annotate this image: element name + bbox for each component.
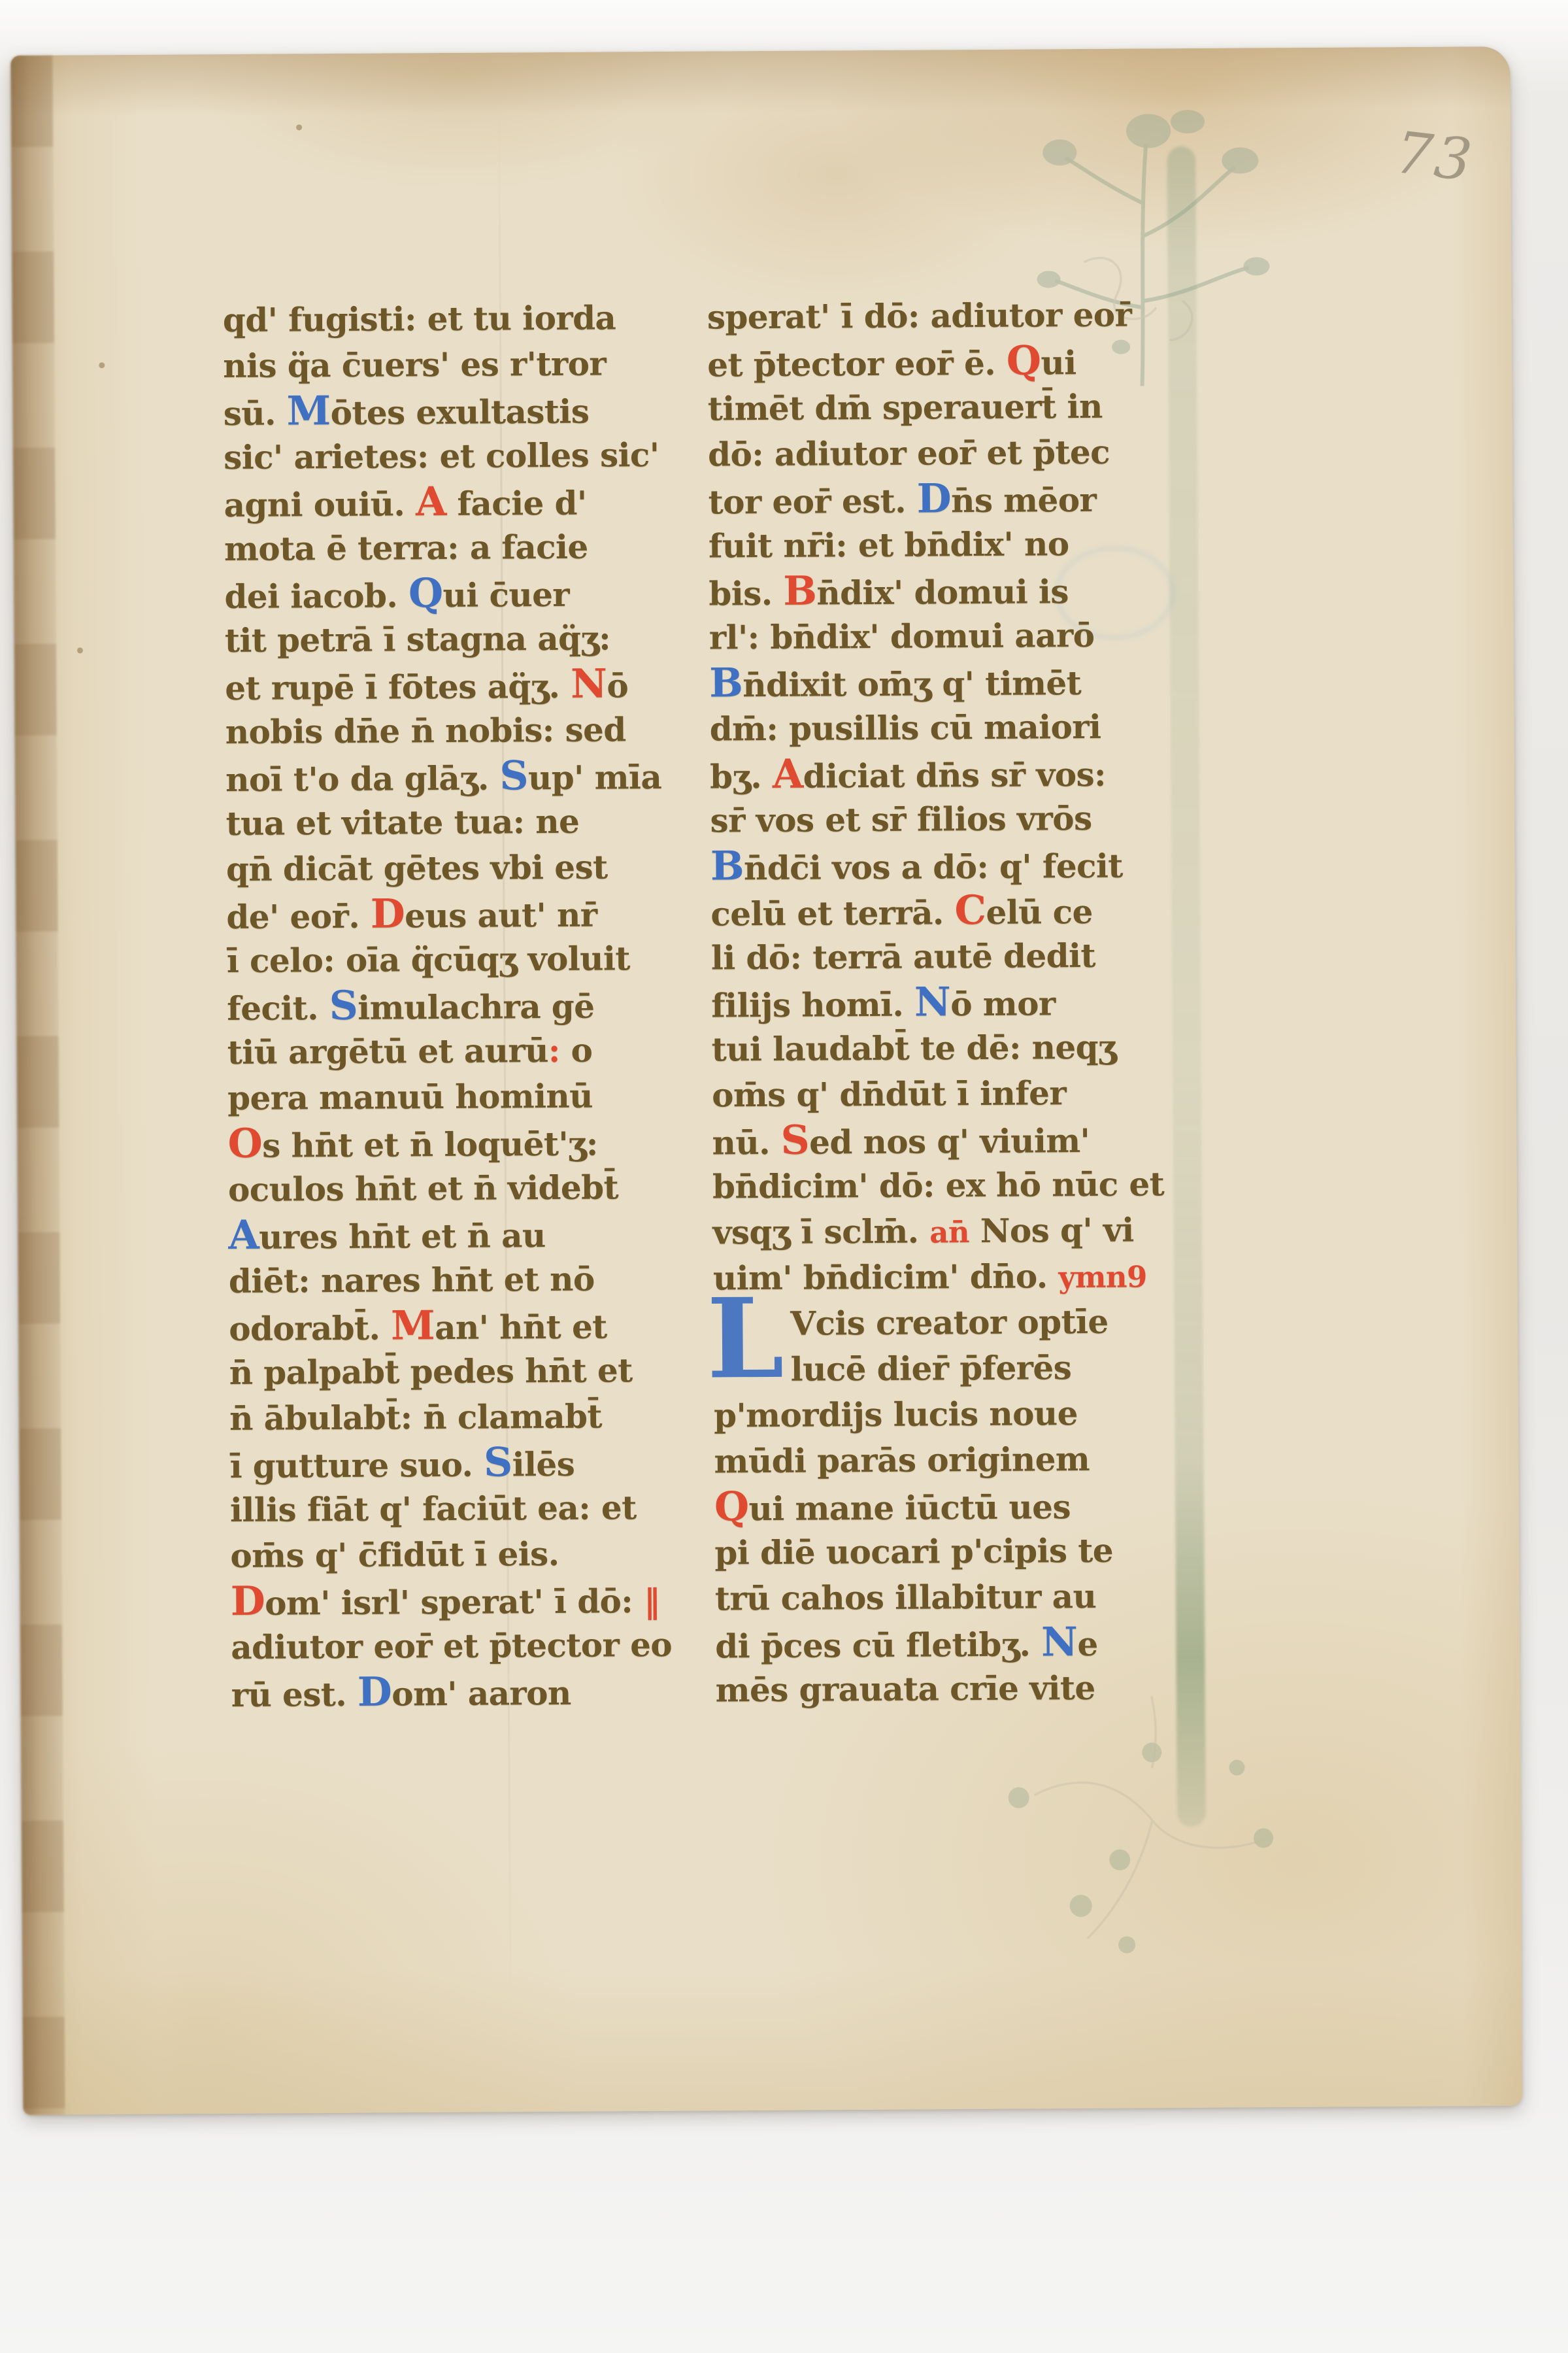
- text-line: om̄s q' c̄fidūt ī eis.: [230, 1531, 694, 1579]
- decorated-initial: A: [416, 479, 446, 525]
- text-segment: bis.: [709, 574, 783, 613]
- text-segment: ī celo: oīa q̈cūqʒ voluit: [227, 939, 630, 980]
- text-line: noī t'o da glāʒ. Sup' mīa: [225, 753, 690, 801]
- text-line: agni ouiū. A facie d': [224, 478, 688, 526]
- text-column-right: L sperat' ī dō: adiutor eor̄et p̄tector …: [707, 292, 1199, 1713]
- text-segment: eus aut' nr̄: [405, 896, 597, 936]
- text-segment: nobis dn̄e n̄ nobis: sed: [225, 710, 626, 751]
- text-segment: diciat dn̄s sr̄ vos:: [803, 755, 1106, 796]
- text-segment: n̄s mēor: [951, 481, 1096, 520]
- text-segment: fuit nr̄i: et bn̄dix' no: [709, 524, 1069, 565]
- text-line: pera manuū hominū: [227, 1073, 692, 1121]
- text-segment: mūdi parās originem: [714, 1440, 1090, 1481]
- text-line: mēs grauata crīe vite: [715, 1665, 1199, 1714]
- text-line: dm̄: pusillis cū maiori: [710, 703, 1193, 753]
- text-line: timēt dm̄ sperauert̄ in: [708, 383, 1192, 432]
- text-line: filijs homī. Nō mor: [711, 978, 1195, 1027]
- text-segment: vsqʒ ī sclm̄.: [712, 1211, 929, 1251]
- text-segment: de' eor̄.: [226, 897, 371, 936]
- text-segment: nū.: [712, 1123, 780, 1162]
- decorated-initial: N: [1041, 1619, 1078, 1665]
- text-line: bis. Bn̄dix' domui is: [709, 566, 1192, 615]
- decorated-initial: M: [391, 1302, 435, 1349]
- text-line: Bn̄dc̄i vos a dō: q' fecit: [710, 841, 1194, 890]
- text-segment: sr̄ vos et sr̄ filios vrōs: [710, 799, 1092, 840]
- text-segment: celū et terrā.: [710, 893, 954, 933]
- decorated-initial: B: [709, 660, 742, 706]
- text-line: bʒ. Adiciat dn̄s sr̄ vos:: [710, 749, 1193, 798]
- text-segment: nis q̈a c̄uers' es r'tror: [223, 344, 606, 385]
- text-segment: qn̄ dicāt gētes vbi est: [226, 847, 608, 889]
- text-line: qn̄ dicāt gētes vbi est: [226, 844, 690, 892]
- text-segment: ō mor: [950, 984, 1056, 1023]
- text-line: Dom' isrl' sperat' ī dō: ‖: [231, 1576, 695, 1625]
- folio-number: 73: [1392, 118, 1478, 194]
- decorated-initial: D: [358, 1669, 392, 1716]
- text-line: ī gutture suo. Silēs: [229, 1439, 693, 1487]
- text-segment: trū cahos illabitur au: [715, 1577, 1097, 1618]
- text-segment: oculos hn̄t et n̄ videbt̄: [228, 1168, 618, 1209]
- text-line: dō: adiutor eor̄ et p̄tec: [708, 429, 1192, 478]
- text-line: p'mordijs lucis noue: [714, 1390, 1197, 1439]
- text-line: di p̄ces cū fletibʒ. Ne: [715, 1619, 1199, 1668]
- text-line: lucē dier̄ p̄ferēs: [713, 1344, 1197, 1393]
- text-segment: up' mīa: [528, 758, 661, 797]
- text-segment: o: [560, 1031, 593, 1070]
- text-line: trū cahos illabitur au: [715, 1573, 1199, 1622]
- text-segment: n̄dixit om̄ʒ q' timēt: [742, 664, 1081, 704]
- text-segment: sū.: [224, 394, 287, 433]
- text-segment: rū est.: [231, 1675, 358, 1714]
- text-segment: n̄ palpabt̄ pedes hn̄t et: [229, 1351, 633, 1392]
- decorated-initial: Q: [409, 570, 443, 617]
- ink-speck: [296, 124, 302, 130]
- text-line: et p̄tector eor̄ ē. Qui: [707, 337, 1191, 386]
- text-segment: ī gutture suo.: [229, 1446, 484, 1485]
- decorated-initial: C: [954, 887, 986, 934]
- text-segment: bʒ.: [710, 757, 773, 796]
- text-line: bn̄dicim' dō: ex hō nūc et: [712, 1161, 1196, 1210]
- decorated-initial: N: [914, 979, 951, 1025]
- text-line: sperat' ī dō: adiutor eor̄: [707, 292, 1191, 341]
- text-segment: ōtes exultastis: [330, 392, 589, 432]
- text-line: mota ē terra: a facie: [224, 524, 688, 572]
- text-line: Aures hn̄t et n̄ au: [228, 1210, 692, 1259]
- text-segment: n̄dc̄i vos a dō: q' fecit: [744, 847, 1123, 888]
- text-segment: om' isrl' sperat' ī dō:: [265, 1582, 633, 1622]
- text-line: nobis dn̄e n̄ nobis: sed: [225, 707, 690, 755]
- text-line: dei iacob. Qui c̄uer: [224, 569, 688, 618]
- text-line: pi diē uocari p'cipis te: [714, 1527, 1198, 1576]
- text-segment: sic' arietes: et colles sic': [224, 435, 659, 477]
- text-segment: s hn̄t et n̄ loquēt'ʒ:: [262, 1125, 598, 1165]
- text-line: mūdi parās originem: [714, 1436, 1197, 1485]
- text-line: nis q̈a c̄uers' es r'tror: [223, 341, 687, 389]
- text-line: Os hn̄t et n̄ loquēt'ʒ:: [227, 1119, 692, 1167]
- text-segment: adiutor eor̄ et p̄tector eo: [231, 1625, 672, 1667]
- text-line: celū et terrā. Celū ce: [710, 887, 1194, 936]
- text-line: Qui mane iūctū ues: [714, 1481, 1198, 1531]
- text-line: rū est. Dom' aaron: [231, 1668, 695, 1716]
- text-segment: lucē dier̄ p̄ferēs: [791, 1348, 1072, 1389]
- text-segment: mēs grauata crīe vite: [716, 1668, 1095, 1710]
- text-line: tor eor̄ est. Dn̄s mēor: [708, 475, 1192, 524]
- text-segment: Vcis creator optīe: [790, 1302, 1109, 1343]
- text-segment: om̄s q' c̄fidūt ī eis.: [230, 1534, 559, 1575]
- text-line: de' eor̄. Deus aut' nr̄: [226, 890, 690, 938]
- text-segment: n̄ ābulabt̄: n̄ clamabt̄: [229, 1397, 602, 1438]
- ink-speck: [99, 362, 105, 368]
- text-segment: et p̄tector eor̄ ē.: [707, 344, 1007, 384]
- text-line: diēt: nares hn̄t et nō: [229, 1256, 693, 1304]
- decorated-initial: S: [484, 1439, 512, 1485]
- text-segment: rl': bn̄dix' domui aarō: [709, 616, 1095, 657]
- text-segment: li dō: terrā autē dedit: [711, 936, 1095, 977]
- text-line: Vcis creator optīe: [713, 1298, 1197, 1347]
- decorated-initial: M: [286, 388, 330, 434]
- text-segment: om̄s q' dn̄dūt ī infer: [712, 1074, 1066, 1114]
- text-line: vsqʒ ī sclm̄. an̄ Nos q' vi: [712, 1207, 1196, 1256]
- text-segment: timēt dm̄ sperauert̄ in: [708, 387, 1103, 428]
- text-line: n̄ palpabt̄ pedes hn̄t et: [229, 1347, 693, 1396]
- text-segment: ō: [607, 666, 628, 705]
- text-segment: an' hn̄t et: [435, 1307, 607, 1347]
- text-line: sic' arietes: et colles sic': [224, 432, 688, 481]
- text-segment: dm̄: pusillis cū maiori: [710, 707, 1101, 749]
- decorated-initial: D: [231, 1578, 265, 1625]
- text-line: tui laudabt̄ te dē: neqʒ: [711, 1024, 1195, 1073]
- text-column-left: qd' fugisti: et tu iordanis q̈a c̄uers' …: [223, 295, 695, 1716]
- text-segment: ui: [1041, 343, 1076, 382]
- decorated-initial: Q: [714, 1483, 749, 1530]
- text-line: sū. Mōtes exultastis: [224, 386, 688, 435]
- text-segment: ui c̄uer: [442, 575, 569, 615]
- photo-background: { "photo": { "surface_color": "#ebe9e6" …: [0, 0, 1568, 2353]
- text-line: nū. Sed nos q' viuim': [712, 1115, 1195, 1164]
- text-line: fuit nr̄i: et bn̄dix' no: [709, 520, 1192, 569]
- text-segment: qd' fugisti: et tu iorda: [223, 298, 616, 339]
- text-segment: tor eor̄ est.: [708, 482, 917, 522]
- text-line: odorabt̄. Man' hn̄t et: [229, 1302, 693, 1350]
- text-segment: om' aaron: [392, 1674, 571, 1714]
- text-segment: tui laudabt̄ te dē: neqʒ: [712, 1028, 1116, 1069]
- ink-speck: [77, 647, 83, 653]
- decorated-initial: S: [329, 983, 358, 1029]
- hymn-large-initial: L: [707, 1289, 784, 1388]
- text-segment: ui mane iūctū ues: [748, 1487, 1071, 1528]
- text-segment: odorabt̄.: [229, 1309, 391, 1349]
- text-segment: filijs homī.: [711, 985, 914, 1025]
- text-segment: tiū argētū et aurū: [227, 1031, 549, 1072]
- text-line: fecit. Simulachra gē: [227, 981, 691, 1030]
- text-line: adiutor eor̄ et p̄tector eo: [231, 1622, 695, 1670]
- text-segment: illis fiāt q' faciūt ea: et: [230, 1488, 637, 1529]
- text-segment: e: [1077, 1625, 1098, 1663]
- text-line: tua et vitate tua: ne: [225, 798, 690, 847]
- text-line: uim' bn̄dicim' dn̄o. ymn9: [713, 1253, 1197, 1302]
- decorated-initial: B: [710, 843, 744, 889]
- text-line: n̄ ābulabt̄: n̄ clamabt̄: [229, 1393, 693, 1442]
- text-line: qd' fugisti: et tu iorda: [223, 295, 687, 343]
- text-segment: Nos q' vi: [969, 1211, 1134, 1251]
- rubric-text: an̄: [929, 1215, 969, 1249]
- text-segment: mota ē terra: a facie: [224, 528, 588, 568]
- text-segment: tua et vitate tua: ne: [225, 802, 579, 843]
- text-line: sr̄ vos et sr̄ filios vrōs: [710, 795, 1193, 844]
- text-segment: ed nos q' viuim': [809, 1121, 1090, 1162]
- text-line: oculos hn̄t et n̄ videbt̄: [228, 1164, 692, 1213]
- text-segment: elū ce: [986, 892, 1093, 932]
- text-segment: pi diē uocari p'cipis te: [714, 1531, 1113, 1572]
- decorated-initial: Q: [1007, 337, 1041, 384]
- text-segment: sperat' ī dō: adiutor eor̄: [707, 296, 1132, 337]
- text-segment: diēt: nares hn̄t et nō: [229, 1260, 595, 1300]
- text-segment: agni ouiū.: [224, 484, 416, 524]
- text-line: et rupē ī fōtes aq̈ʒ. Nō: [225, 661, 689, 709]
- decorated-initial: B: [783, 568, 816, 615]
- text-segment: imulachra gē: [358, 987, 595, 1027]
- text-line: li dō: terrā autē dedit: [711, 932, 1195, 981]
- text-segment: dei iacob.: [224, 576, 409, 616]
- manuscript-leaf: 73 qd' fugisti: et tu iordanis q̈a c̄uer…: [10, 46, 1522, 2115]
- decorated-initial: D: [371, 890, 405, 937]
- text-segment: n̄dix' domui is: [816, 572, 1069, 612]
- leaf-gutter-edge: [10, 56, 65, 2115]
- text-segment: tit petrā ī stagna aq̈ʒ:: [225, 618, 611, 660]
- decorated-initial: A: [773, 751, 803, 798]
- text-segment: fecit.: [227, 989, 329, 1028]
- decorated-initial: D: [917, 475, 952, 522]
- red-penwork: ‖: [633, 1582, 660, 1620]
- text-line: tiū argētū et aurū: o: [227, 1027, 692, 1075]
- text-line: illis fiāt q' faciūt ea: et: [230, 1485, 694, 1533]
- text-segment: dō: adiutor eor̄ et p̄tec: [708, 433, 1110, 474]
- text-segment: ures hn̄t et n̄ au: [259, 1216, 546, 1257]
- text-segment: noī t'o da glāʒ.: [225, 758, 500, 799]
- text-segment: facie d': [446, 484, 587, 523]
- text-segment: pera manuū hominū: [227, 1077, 593, 1117]
- text-line: ī celo: oīa q̈cūqʒ voluit: [227, 936, 691, 984]
- text-segment: bn̄dicim' dō: ex hō nūc et: [712, 1164, 1164, 1206]
- text-segment: ilēs: [512, 1445, 575, 1484]
- red-penwork: :: [548, 1031, 560, 1070]
- text-segment: di p̄ces cū fletibʒ.: [715, 1625, 1041, 1665]
- decorated-initial: S: [499, 753, 528, 799]
- text-segment: et rupē ī fōtes aq̈ʒ.: [225, 667, 571, 707]
- text-line: tit petrā ī stagna aq̈ʒ:: [225, 615, 689, 664]
- text-line: om̄s q' dn̄dūt ī infer: [712, 1070, 1195, 1119]
- decorated-initial: S: [780, 1117, 809, 1164]
- text-line: Bn̄dixit om̄ʒ q' timēt: [709, 658, 1193, 707]
- text-line: rl': bn̄dix' domui aarō: [709, 612, 1193, 661]
- decorated-initial: A: [228, 1212, 259, 1259]
- decorated-initial: N: [571, 660, 607, 707]
- rubric-text: ymn9: [1058, 1259, 1147, 1295]
- decorated-initial: O: [227, 1121, 262, 1167]
- floral-showthrough-bottom: [956, 1689, 1324, 1972]
